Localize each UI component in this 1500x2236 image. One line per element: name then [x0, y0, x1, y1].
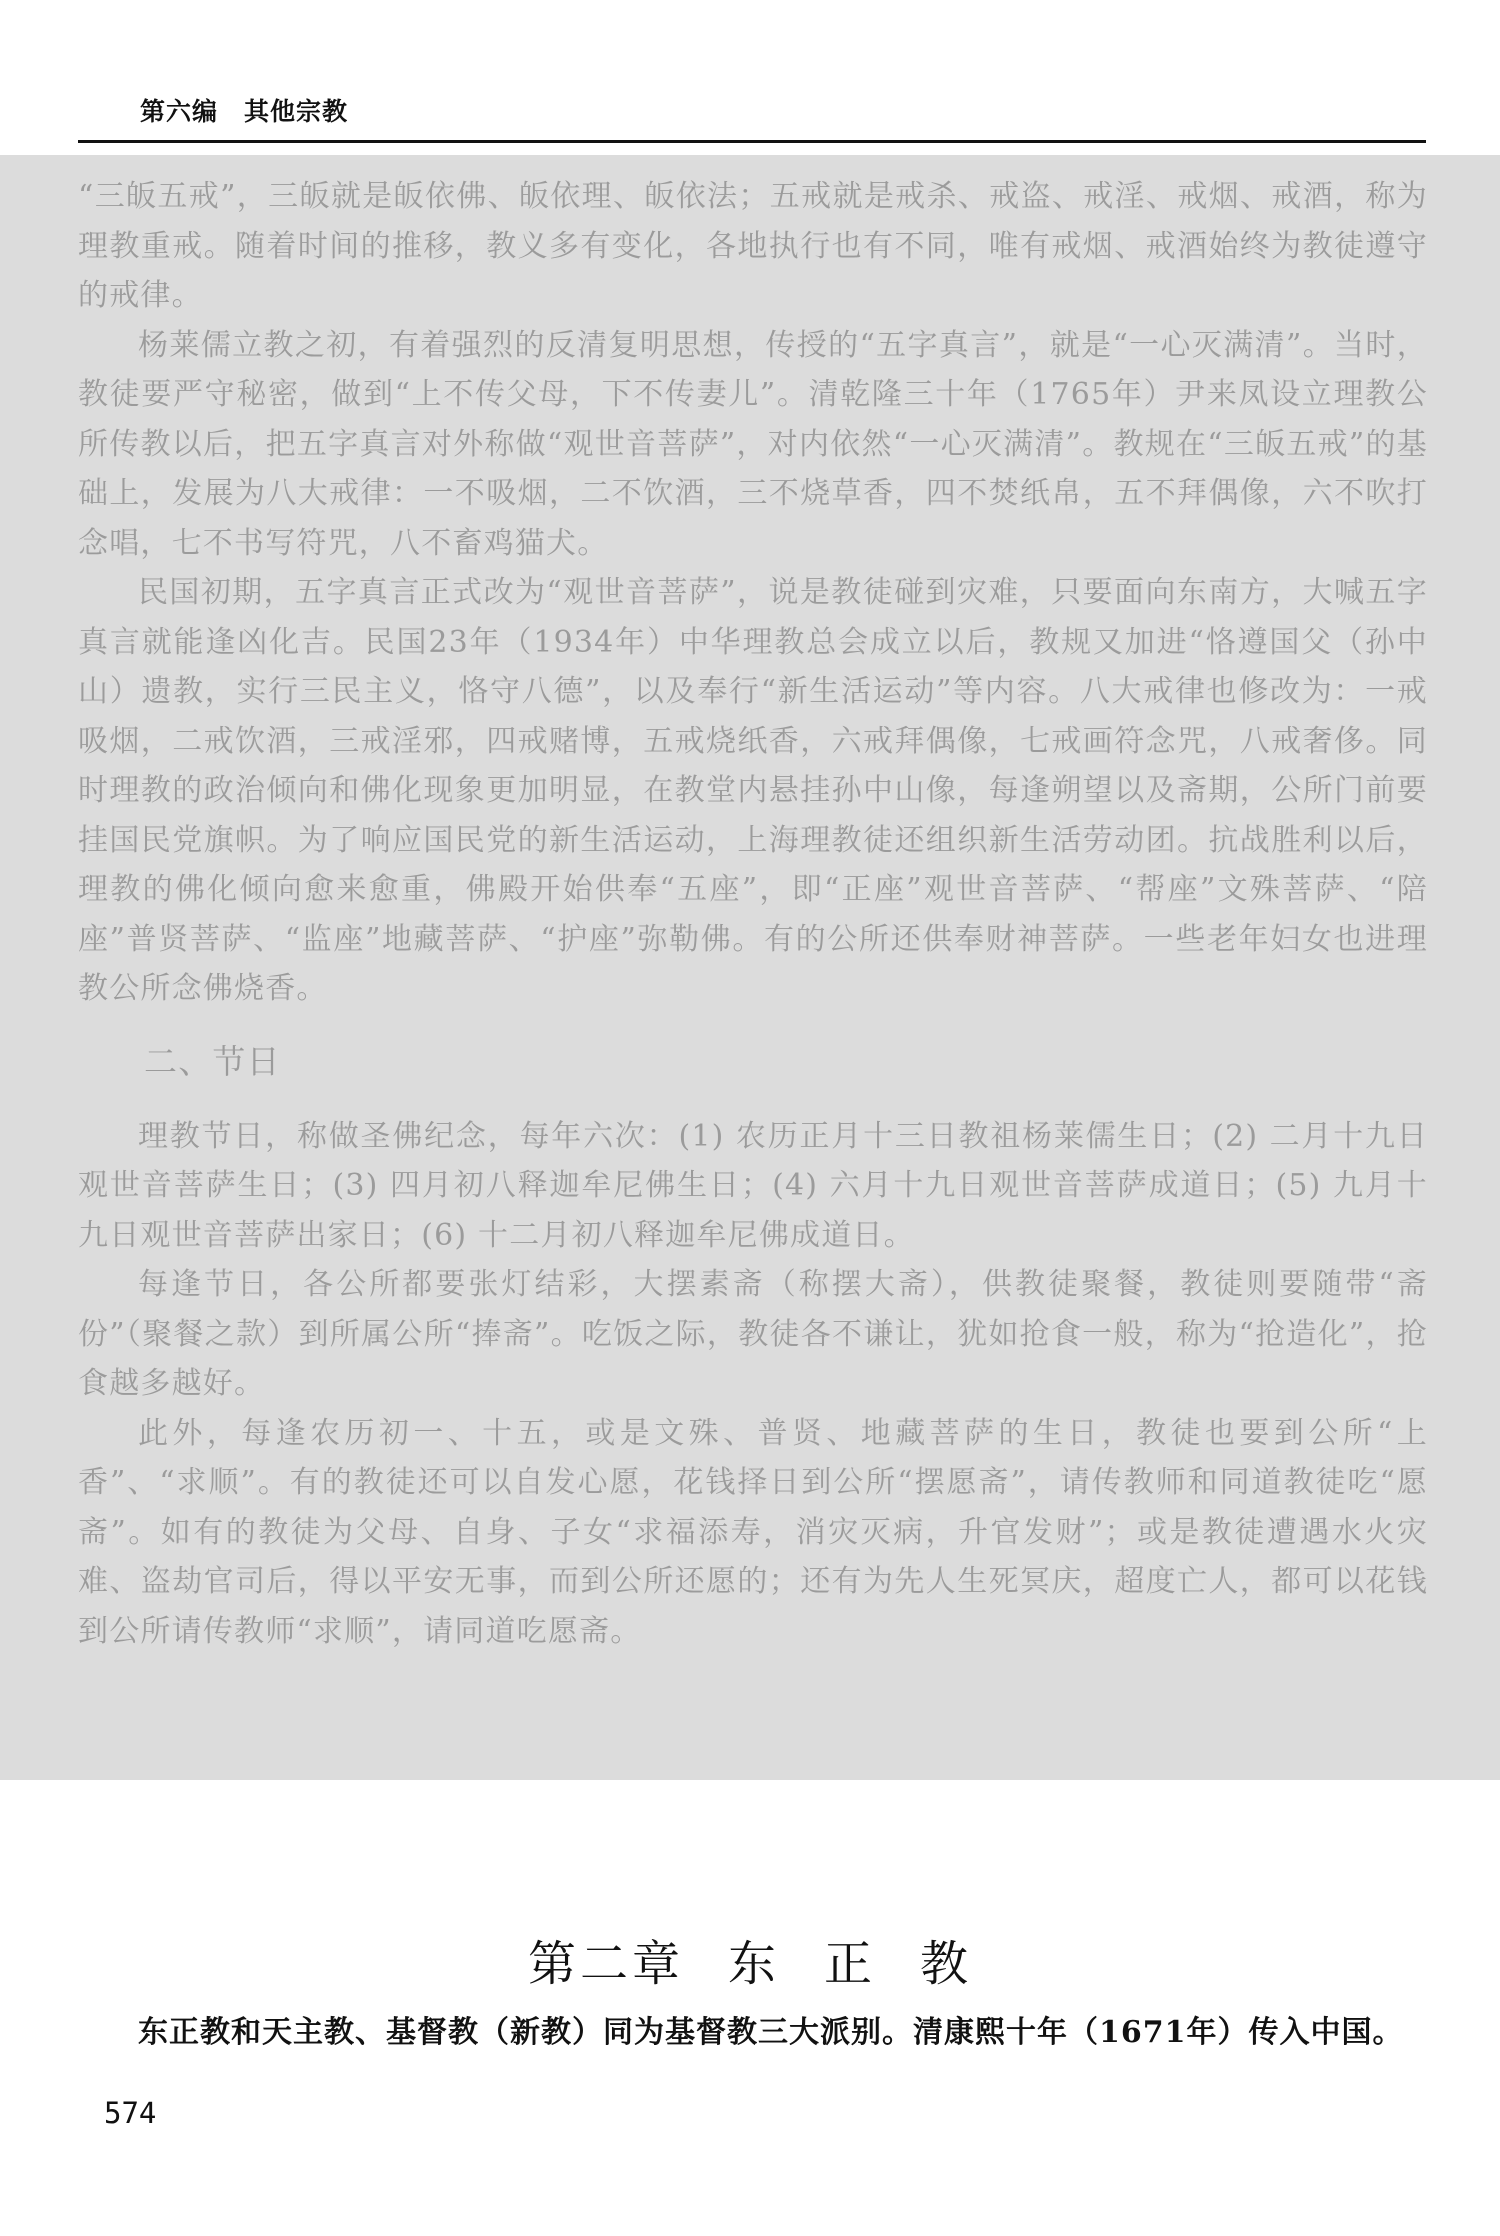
page-number: 574 [104, 2096, 156, 2130]
chapter-title-char: 正 [824, 1925, 876, 1994]
chapter-number: 第二章 [528, 1925, 684, 1994]
part-title: 其他宗教 [244, 97, 348, 126]
part-number: 第六编 [140, 97, 218, 126]
running-head: 第六编其他宗教 [140, 92, 348, 128]
paragraph: 每逢节日，各公所都要张灯结彩，大摆素斋（称摆大斋），供教徒聚餐，教徒则要随带“斋… [78, 1260, 1428, 1409]
paragraph: 此外，每逢农历初一、十五，或是文殊、普贤、地藏菩萨的生日，教徒也要到公所“上香”… [78, 1409, 1428, 1657]
paragraph: 理教节日，称做圣佛纪念，每年六次：(1) 农历正月十三日教祖杨莱儒生日；(2) … [78, 1112, 1428, 1261]
chapter-title-char: 东 [728, 1925, 780, 1994]
paragraph: “三皈五戒”，三皈就是皈依佛、皈依理、皈依法；五戒就是戒杀、戒盗、戒淫、戒烟、戒… [78, 172, 1428, 321]
chapter-title: 第二章东正教 [0, 1925, 1500, 1994]
paragraph: 杨莱儒立教之初，有着强烈的反清复明思想，传授的“五字真言”，就是“一心灭满清”。… [78, 321, 1428, 569]
paragraph: 民国初期，五字真言正式改为“观世音菩萨”，说是教徒碰到灾难，只要面向东南方，大喊… [78, 568, 1428, 1014]
header-rule [78, 140, 1426, 143]
section-heading: 二、节日 [78, 1032, 1428, 1092]
chapter-title-char: 教 [920, 1925, 972, 1994]
highlighted-text: “三皈五戒”，三皈就是皈依佛、皈依理、皈依法；五戒就是戒杀、戒盗、戒淫、戒烟、戒… [78, 172, 1428, 1656]
chapter-first-paragraph: 东正教和天主教、基督教（新教）同为基督教三大派别。清康熙十年（1671年）传入中… [78, 2008, 1438, 2057]
